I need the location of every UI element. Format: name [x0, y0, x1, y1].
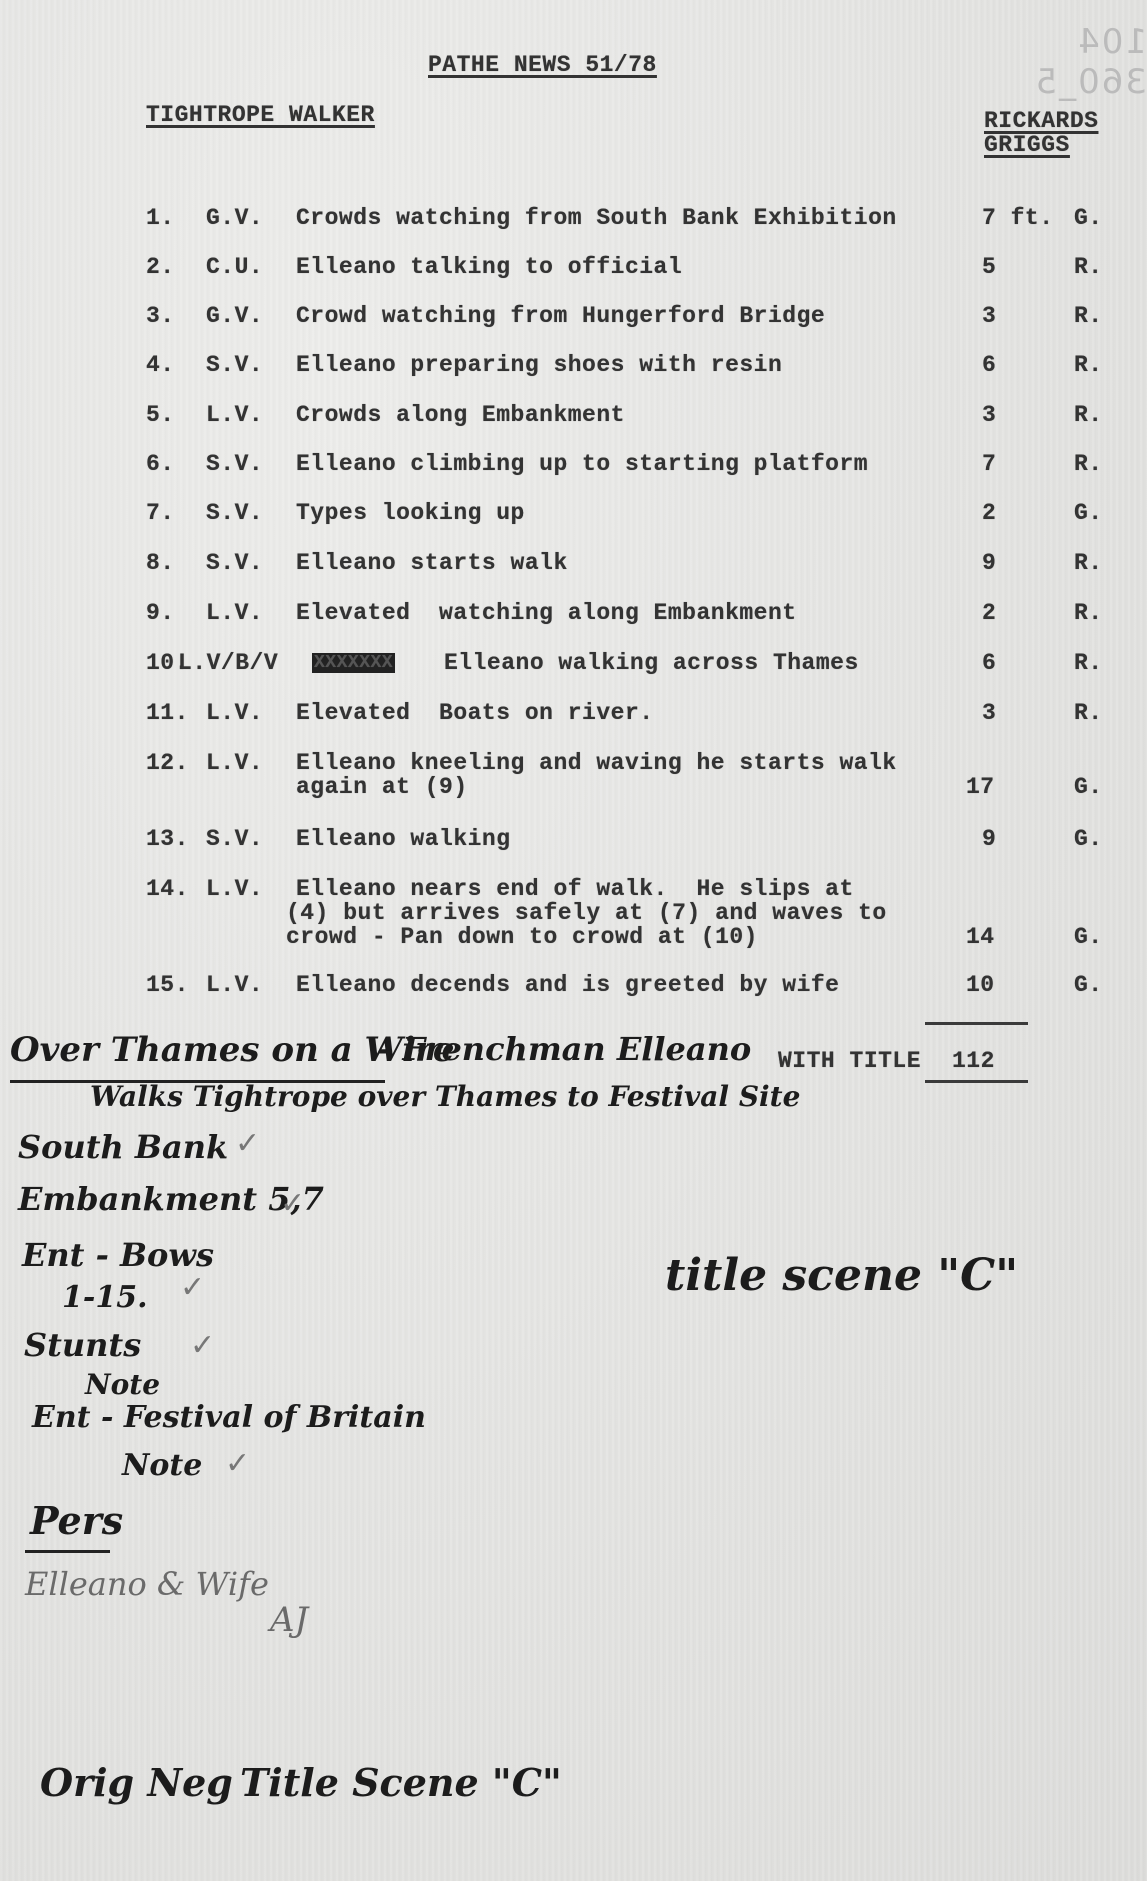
shot-number: 7.: [146, 500, 175, 526]
check-icon: ✓: [235, 1126, 260, 1161]
shot-number: 8.: [146, 550, 175, 576]
shot-type: L.V.: [206, 402, 263, 428]
shot-description: Crowd watching from Hungerford Bridge: [296, 303, 825, 329]
bleed-through-stamp: 104 360_5: [950, 22, 1147, 102]
shot-type: G.V.: [206, 303, 263, 329]
shot-description: Elleano decends and is greeted by wife: [296, 972, 840, 998]
shot-footage: 3: [982, 700, 996, 726]
check-icon: ✓: [180, 1270, 205, 1305]
shot-cameraman: R.: [1074, 600, 1103, 626]
shot-footage: 6: [982, 650, 996, 676]
shot-description: Elleano talking to official: [296, 254, 682, 280]
shot-cameraman: R.: [1074, 402, 1103, 428]
shot-description: Elleano climbing up to starting platform: [296, 451, 868, 477]
shot-cameraman: G.: [1074, 774, 1103, 800]
pers-names: Elleano & Wife: [25, 1565, 269, 1603]
note-note-1: Note: [85, 1368, 160, 1401]
shot-description: (4) but arrives safely at (7) and waves …: [286, 900, 887, 926]
shot-type: L.V.: [206, 700, 263, 726]
shot-description: Elleano nears end of walk. He slips at: [296, 876, 854, 902]
shot-description: again at (9): [296, 774, 468, 800]
shot-type: L.V/B/V: [178, 650, 278, 676]
shot-type: S.V.: [206, 500, 263, 526]
shot-type: L.V.: [206, 972, 263, 998]
check-icon: ✓: [280, 1186, 305, 1221]
shot-description: Types looking up: [296, 500, 525, 526]
redacted-text: XXXXXXX: [312, 653, 395, 673]
shot-cameraman: G.: [1074, 924, 1103, 950]
shot-type: L.V.: [206, 750, 263, 776]
shot-cameraman: R.: [1074, 303, 1103, 329]
check-icon: ✓: [225, 1446, 250, 1481]
shot-cameraman: G.: [1074, 972, 1103, 998]
shot-number: 4.: [146, 352, 175, 378]
shot-number: 1.: [146, 205, 175, 231]
shot-number: 2.: [146, 254, 175, 280]
shot-type: S.V.: [206, 826, 263, 852]
shot-footage: 3: [982, 303, 996, 329]
note-embankment: Embankment 5,7: [18, 1180, 324, 1218]
initials: AJ: [270, 1600, 308, 1640]
shot-type: L.V.: [206, 876, 263, 902]
shot-description: Elleano kneeling and waving he starts wa…: [296, 750, 897, 776]
shot-footage: 5: [982, 254, 996, 280]
shot-cameraman: R.: [1074, 550, 1103, 576]
total-rule-top: [925, 1022, 1028, 1025]
shot-footage: 2: [982, 600, 996, 626]
shot-type: G.V.: [206, 205, 263, 231]
shot-description: Elleano walking across Thames: [444, 650, 859, 676]
cameraman-2: GRIGGS: [984, 132, 1070, 158]
shot-number: 9.: [146, 600, 175, 626]
shot-type: L.V.: [206, 600, 263, 626]
check-icon: ✓: [190, 1328, 215, 1363]
total-label: WITH TITLE: [778, 1048, 921, 1074]
handwritten-headline-cont: - Frenchman Elleano: [378, 1030, 751, 1068]
shot-description: Crowds along Embankment: [296, 402, 625, 428]
shot-cameraman: R.: [1074, 451, 1103, 477]
shot-description: Elleano preparing shoes with resin: [296, 352, 782, 378]
note-festival: Ent - Festival of Britain: [32, 1400, 426, 1435]
shot-number: 3.: [146, 303, 175, 329]
shot-footage: 6: [982, 352, 996, 378]
shot-footage: 9: [982, 550, 996, 576]
shot-type: S.V.: [206, 451, 263, 477]
shot-number: 14.: [146, 876, 189, 902]
shot-cameraman: R.: [1074, 700, 1103, 726]
shot-description: Elevated Boats on river.: [296, 700, 654, 726]
shot-description: Elevated watching along Embankment: [296, 600, 797, 626]
shot-cameraman: R.: [1074, 254, 1103, 280]
shot-description: Elleano walking: [296, 826, 511, 852]
cameraman-1: RICKARDS: [984, 108, 1098, 134]
shot-footage: 7 ft.: [982, 205, 1054, 231]
shot-number: 15.: [146, 972, 189, 998]
shot-footage: 14: [966, 924, 995, 950]
document-title: PATHE NEWS 51/78: [428, 52, 657, 78]
shot-number: 5.: [146, 402, 175, 428]
shot-type: C.U.: [206, 254, 263, 280]
shot-footage: 2: [982, 500, 996, 526]
shot-footage: 9: [982, 826, 996, 852]
note-note-2: Note: [122, 1448, 202, 1483]
shot-cameraman: R.: [1074, 352, 1103, 378]
shot-footage: 10: [966, 972, 995, 998]
shot-footage: 7: [982, 451, 996, 477]
note-south-bank: South Bank: [18, 1128, 228, 1166]
note-range: 1-15.: [62, 1280, 148, 1315]
total-feet: 112: [952, 1048, 995, 1074]
shot-cameraman: G.: [1074, 500, 1103, 526]
shot-cameraman: R.: [1074, 650, 1103, 676]
shot-description: Elleano starts walk: [296, 550, 568, 576]
total-rule-bottom: [925, 1080, 1028, 1083]
footer-title-scene: Title Scene "C": [240, 1760, 562, 1805]
shot-number: 13.: [146, 826, 189, 852]
handwritten-title-scene: title scene "C": [665, 1250, 1018, 1301]
handwritten-subline: Walks Tightrope over Thames to Festival …: [90, 1080, 800, 1113]
subject-heading: TIGHTROPE WALKER: [146, 102, 375, 128]
shot-description: crowd - Pan down to crowd at (10): [286, 924, 758, 950]
shot-number: 11.: [146, 700, 189, 726]
shot-footage: 3: [982, 402, 996, 428]
shot-number: 6.: [146, 451, 175, 477]
shot-description: Crowds watching from South Bank Exhibiti…: [296, 205, 897, 231]
note-ent-bows: Ent - Bows: [22, 1236, 214, 1274]
shot-number: 12.: [146, 750, 189, 776]
shot-footage: 17: [966, 774, 995, 800]
pers-underline: [25, 1550, 110, 1553]
shot-cameraman: G.: [1074, 826, 1103, 852]
note-stunts: Stunts: [24, 1326, 141, 1364]
footer-orig-neg: Orig Neg: [40, 1760, 233, 1805]
pers-label: Pers: [30, 1498, 123, 1543]
shot-type: S.V.: [206, 352, 263, 378]
shot-type: S.V.: [206, 550, 263, 576]
shot-cameraman: G.: [1074, 205, 1103, 231]
